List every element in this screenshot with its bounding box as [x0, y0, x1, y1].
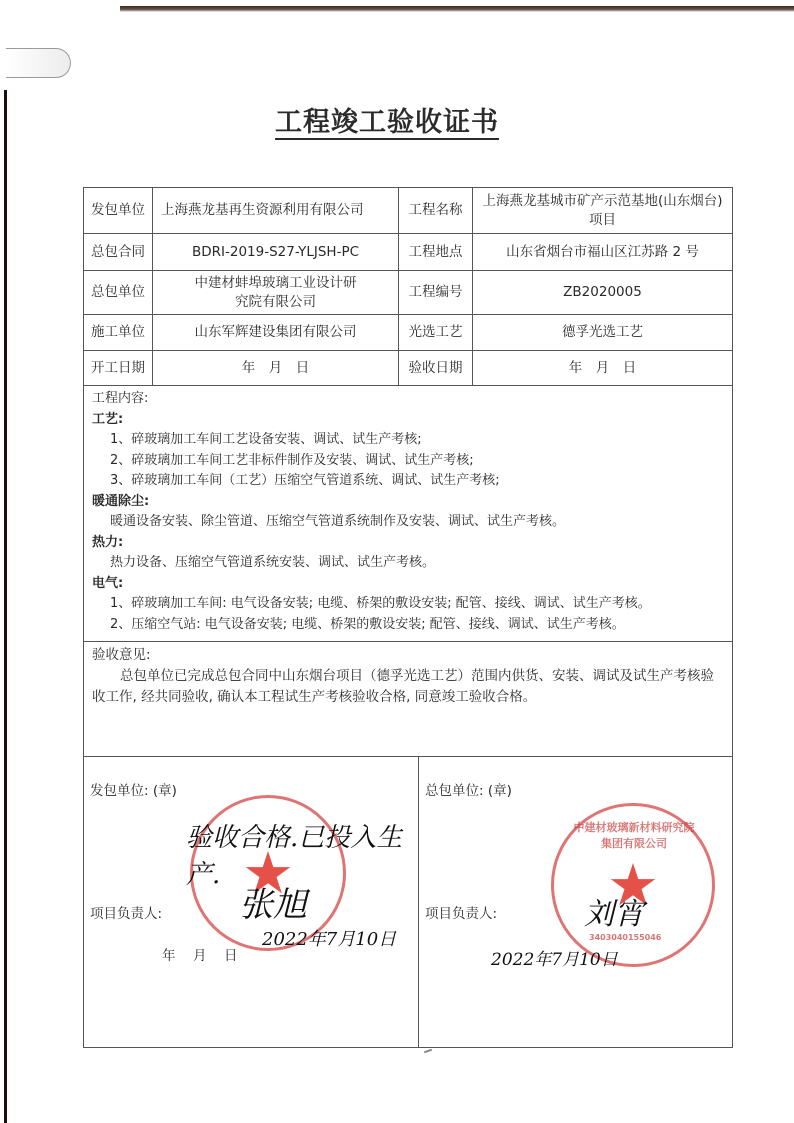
value-employer: 上海燕龙基再生资源利用有限公司 — [153, 188, 399, 233]
work-content-label: 工程内容: — [92, 389, 726, 410]
table-row: 发包单位 上海燕龙基再生资源利用有限公司 工程名称 上海燕龙基城市矿产示范基地(… — [84, 188, 732, 234]
value-sorting-process: 德孚光选工艺 — [473, 315, 732, 350]
contractor-seal-label: 总包单位: (章) — [425, 779, 512, 799]
photo-top-edge — [120, 6, 794, 12]
table-row: 开工日期 年 月 日 验收日期 年 月 日 — [84, 351, 732, 386]
contractor-stamp-text: 中建材玻璃新材料研究院集团有限公司 — [569, 819, 699, 851]
list-item: 1、碎玻璃加工车间: 电气设备安装; 电缆、桥架的敷设安装; 配管、接线、调试、… — [92, 594, 726, 615]
label-start-date: 开工日期 — [84, 351, 153, 385]
list-item: 2、碎玻璃加工车间工艺非标件制作及安装、调试、试生产考核; — [92, 451, 726, 472]
section-heading-hvac: 暖通除尘: — [92, 492, 726, 513]
contractor-date-handwritten: 2022年7月10日 — [491, 945, 618, 970]
value-project-name: 上海燕龙基城市矿产示范基地(山东烟台)项目 — [473, 188, 732, 233]
list-item: 2、压缩空气站: 电气设备安装; 电缆、桥架的敷设安装; 配管、接线、调试、试生… — [92, 615, 726, 636]
employer-date-handwritten: 2022年7月10日 — [262, 925, 396, 951]
page-title: 工程竣工验收证书 — [275, 100, 499, 139]
value-acceptance-date: 年 月 日 — [473, 351, 732, 385]
opinion-text: 总包单位已完成总包合同中山东烟台项目（德孚光选工艺）范围内供货、安装、调试及试生… — [92, 666, 726, 708]
employer-manager-signature: 张旭 — [239, 877, 307, 926]
pen-mark — [424, 1049, 432, 1054]
work-content-section: 工程内容: 工艺: 1、碎玻璃加工车间工艺设备安装、调试、试生产考核; 2、碎玻… — [84, 386, 732, 642]
section-heading-process: 工艺: — [92, 410, 726, 431]
label-project-name: 工程名称 — [399, 188, 473, 233]
value-project-number: ZB2020005 — [473, 271, 732, 314]
list-item: 1、碎玻璃加工车间工艺设备安装、调试、试生产考核; — [92, 430, 726, 451]
binder-clip — [6, 48, 71, 78]
value-general-contractor: 中建材蚌埠玻璃工业设计研究院有限公司 — [153, 271, 399, 314]
employer-seal-label: 发包单位: (章) — [90, 779, 177, 799]
employer-manager-label: 项目负责人: — [90, 902, 162, 922]
acceptance-opinion-section: 验收意见: 总包单位已完成总包合同中山东烟台项目（德孚光选工艺）范围内供货、安装… — [84, 642, 732, 757]
table-row: 施工单位 山东军辉建设集团有限公司 光选工艺 德孚光选工艺 — [84, 315, 732, 351]
label-acceptance-date: 验收日期 — [399, 351, 473, 385]
label-project-number: 工程编号 — [399, 271, 473, 314]
label-location: 工程地点 — [399, 234, 473, 270]
contractor-signature-block: 总包单位: (章) ★ 中建材玻璃新材料研究院集团有限公司 3403040155… — [419, 757, 732, 1047]
section-heading-thermal: 热力: — [92, 533, 726, 554]
value-start-date: 年 月 日 — [153, 351, 399, 385]
label-sorting-process: 光选工艺 — [399, 315, 473, 350]
label-employer: 发包单位 — [84, 188, 153, 233]
employer-signature-block: 发包单位: (章) ★ 验收合格.已投入生产. 项目负责人: 张旭 年 月 日 … — [84, 757, 419, 1047]
value-construction-unit: 山东军辉建设集团有限公司 — [153, 315, 399, 350]
table-row: 总包合同 BDRI-2019-S27-YLJSH-PC 工程地点 山东省烟台市福… — [84, 234, 732, 271]
list-item: 3、碎玻璃加工车间（工艺）压缩空气管道系统、调试、试生产考核; — [92, 471, 726, 492]
label-general-contractor: 总包单位 — [84, 271, 153, 314]
section-heading-electrical: 电气: — [92, 574, 726, 595]
photo-left-edge — [4, 90, 7, 1123]
opinion-label: 验收意见: — [92, 645, 726, 666]
employer-date-printed: 年 月 日 — [162, 944, 240, 964]
contractor-manager-label: 项目负责人: — [425, 902, 497, 922]
signature-section: 发包单位: (章) ★ 验收合格.已投入生产. 项目负责人: 张旭 年 月 日 … — [84, 757, 732, 1047]
value-contract: BDRI-2019-S27-YLJSH-PC — [153, 234, 399, 270]
contractor-stamp-number: 3403040155046 — [589, 933, 661, 942]
label-contract: 总包合同 — [84, 234, 153, 270]
list-item: 暖通设备安装、除尘管道、压缩空气管道系统制作及安装、调试、试生产考核。 — [92, 512, 726, 533]
label-construction-unit: 施工单位 — [84, 315, 153, 350]
table-row: 总包单位 中建材蚌埠玻璃工业设计研究院有限公司 工程编号 ZB2020005 — [84, 271, 732, 315]
value-location: 山东省烟台市福山区江苏路 2 号 — [473, 234, 732, 270]
certificate-table: 发包单位 上海燕龙基再生资源利用有限公司 工程名称 上海燕龙基城市矿产示范基地(… — [83, 187, 733, 1048]
list-item: 热力设备、压缩空气管道系统安装、调试、试生产考核。 — [92, 553, 726, 574]
contractor-manager-signature: 刘宵 — [584, 889, 644, 933]
